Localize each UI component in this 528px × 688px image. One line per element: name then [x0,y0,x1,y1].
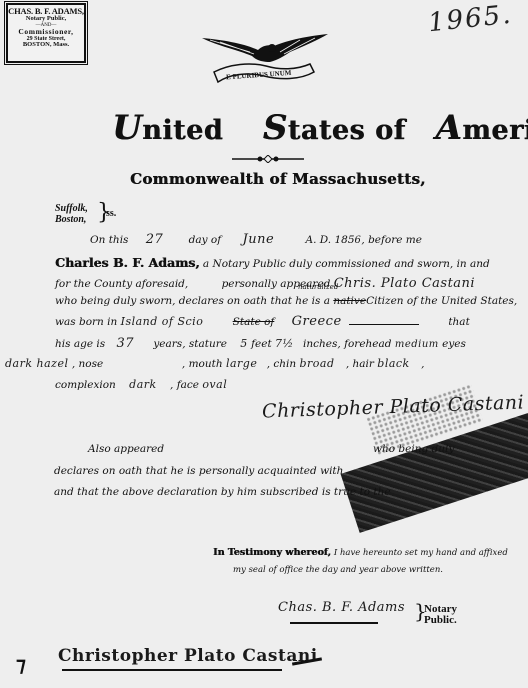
stamp-commissioner: Commissioner, [8,28,84,36]
bottom-signature: Christopher Plato Castani [58,646,318,666]
month-field: June [242,232,274,247]
struck-native: native [333,295,366,307]
mouth-field: large [226,357,257,370]
forehead-field: medium [395,339,439,350]
declaration-true-line: and that the above declaration by him su… [54,486,391,498]
appeared-line: for the County aforesaid, personally app… [55,276,475,291]
ornamental-divider [232,155,304,163]
birthplace-line: was born in Island of Scio State of Gree… [55,314,470,329]
notary-stamp: CHAS. B. F. ADAMS, Notary Public, —AND— … [6,3,86,63]
dash-mark-left: ⁊ [16,652,26,676]
notary-line: Charles B. F. Adams, a Notary Public dul… [55,255,490,270]
testimony-line-1: In Testimony whereof, I have hereunto se… [213,547,508,558]
who-being-duly-label: who being duly [373,443,454,455]
date-line: On this 27 day of June A. D. 1856, befor… [90,232,422,247]
applicant-name-field: Chris. Plato Castani [334,276,475,291]
country-field: Greece [292,314,342,329]
description-line-3: complexion dark , face oval [55,378,227,391]
notary-name: Charles B. F. Adams, [55,255,200,270]
hair-field: black [377,357,409,370]
eyes-field: dark hazel [5,357,69,370]
also-appeared-label: Also appeared [88,443,164,455]
inserted-word: naturalized [298,283,338,291]
passport-application-document: CHAS. B. F. ADAMS, Notary Public, —AND— … [0,0,528,688]
citizen-line: who being duly sworn, declares on oath t… [55,295,517,307]
day-field: 27 [146,232,164,247]
commonwealth-heading: Commonwealth of Massachusetts, [130,170,426,188]
notary-signature-underline [290,622,378,624]
acquainted-line: declares on oath that he is personally a… [54,465,343,477]
venue-county-city: Suffolk, Boston, [55,203,88,225]
testimony-line-2: my seal of office the day and year above… [233,565,443,575]
stamp-city: BOSTON, Mass. [8,42,84,49]
eagle-emblem: E PLURIBUS UNUM [200,26,330,86]
stamp-title: Notary Public, [8,16,84,23]
year-annotation: 1965. [427,0,514,38]
notary-signature: Chas. B. F. Adams [278,600,405,615]
face-field: oval [202,378,227,391]
description-line-2: dark hazel , nose , mouth large , chin b… [5,357,424,370]
eagle-icon: E PLURIBUS UNUM [200,26,330,86]
age-field: 37 [116,336,134,351]
birthplace-field: Island of Scio [121,315,204,328]
document-title: United States of America. [112,108,528,148]
chin-field: broad [299,357,334,370]
bottom-signature-underline [62,669,282,671]
complexion-field: dark [129,378,157,391]
notary-title: Notary Public. [424,604,457,626]
venue-ss: ss. [106,208,116,219]
description-line-1: his age is 37 years, stature 5 feet 7½ i… [55,336,466,351]
